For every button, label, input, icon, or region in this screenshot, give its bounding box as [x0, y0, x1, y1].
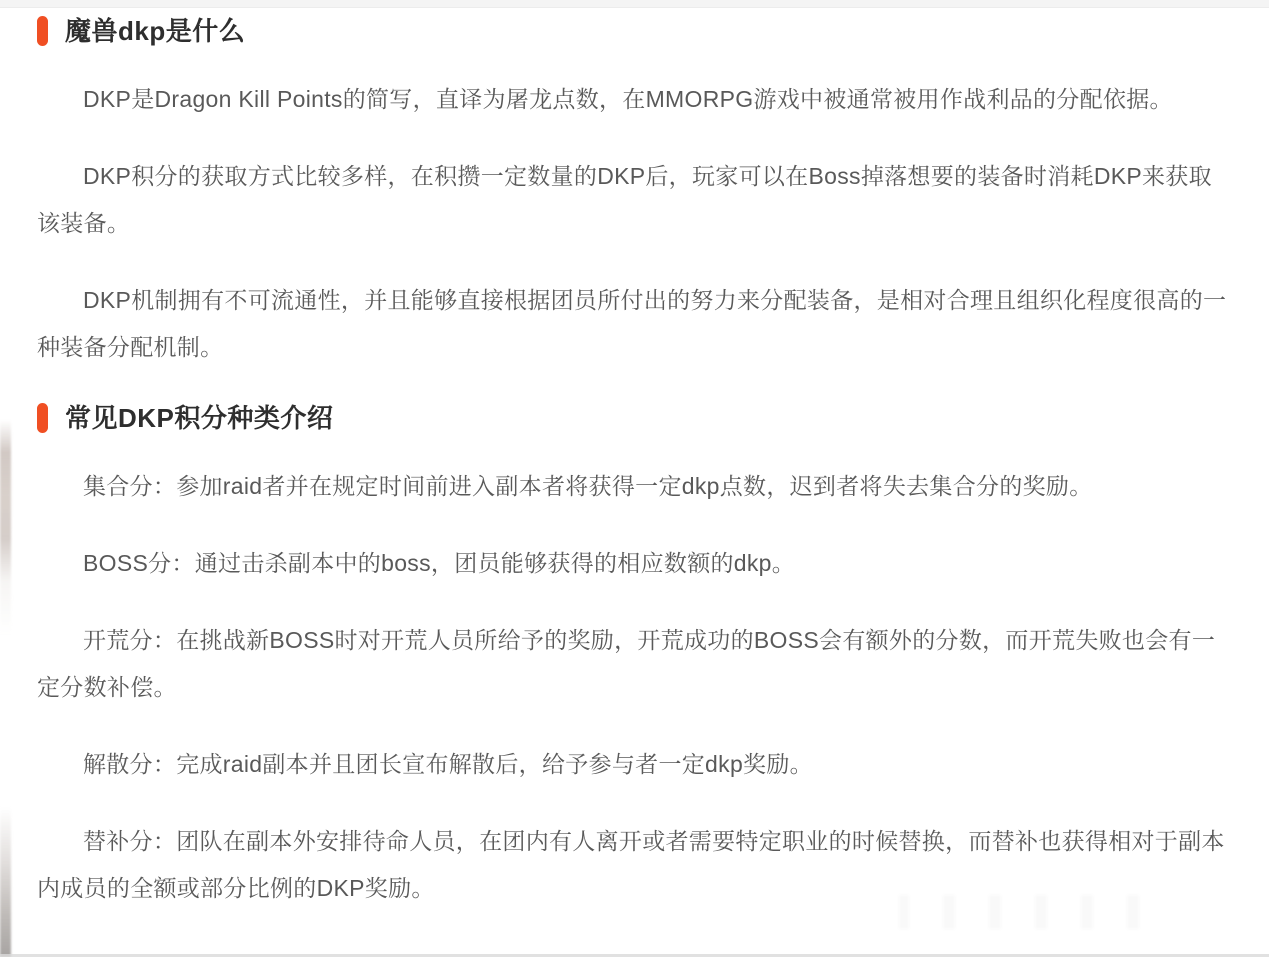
section-heading-row: 魔兽dkp是什么 — [37, 16, 1232, 46]
paragraph: DKP积分的获取方式比较多样，在积攒一定数量的DKP后，玩家可以在Boss掉落想… — [37, 153, 1232, 247]
heading-accent-bar — [37, 403, 48, 433]
paragraph: 替补分：团队在副本外安排待命人员，在团内有人离开或者需要特定职业的时候替换，而替… — [37, 818, 1232, 912]
section-heading-row: 常见DKP积分种类介绍 — [37, 403, 1232, 433]
paragraph: DKP是Dragon Kill Points的简写，直译为屠龙点数，在MMORP… — [37, 76, 1232, 123]
paragraph: DKP机制拥有不可流通性，并且能够直接根据团员所付出的努力来分配装备，是相对合理… — [37, 277, 1232, 371]
paragraph: 开荒分：在挑战新BOSS时对开荒人员所给予的奖励，开荒成功的BOSS会有额外的分… — [37, 617, 1232, 711]
section-heading: 常见DKP积分种类介绍 — [65, 403, 333, 433]
article-page: 魔兽dkp是什么 DKP是Dragon Kill Points的简写，直译为屠龙… — [0, 0, 1269, 957]
section-heading: 魔兽dkp是什么 — [65, 16, 245, 46]
paragraph: BOSS分：通过击杀副本中的boss，团员能够获得的相应数额的dkp。 — [37, 540, 1232, 587]
paragraph: 解散分：完成raid副本并且团长宣布解散后，给予参与者一定dkp奖励。 — [37, 741, 1232, 788]
paragraph: 集合分：参加raid者并在规定时间前进入副本者将获得一定dkp点数，迟到者将失去… — [37, 463, 1232, 510]
heading-accent-bar — [37, 16, 48, 46]
top-divider — [0, 0, 1269, 8]
article-body: 魔兽dkp是什么 DKP是Dragon Kill Points的简写，直译为屠龙… — [0, 16, 1269, 912]
